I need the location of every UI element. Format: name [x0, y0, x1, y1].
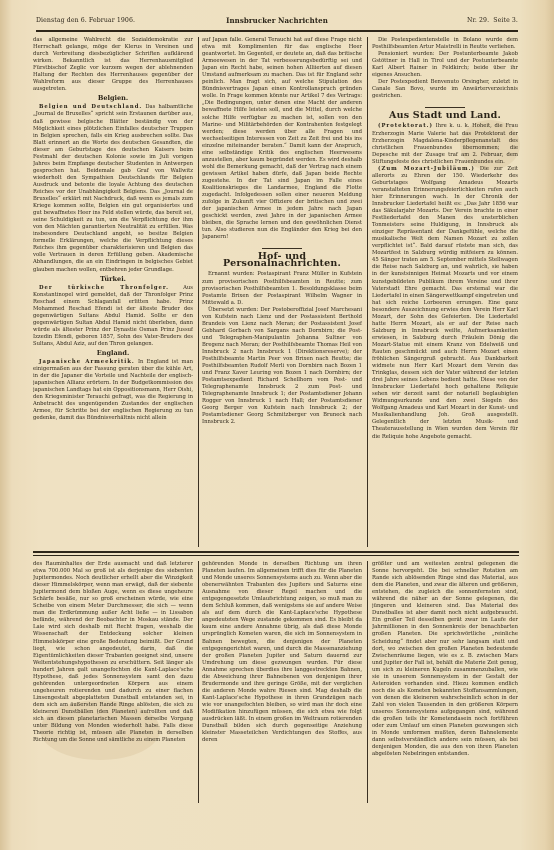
feuilleton-rule — [33, 555, 519, 556]
section-heading-stadt: Aus Stadt und Land. — [372, 112, 518, 119]
article-lead: Der türkische Thronfolger. — [39, 285, 169, 291]
column-2: auf Japan falle. General Terauchi hat au… — [202, 37, 362, 547]
article-mozart: (Zum Mozart-Jubiläum.) Die zur Zeit alle… — [372, 166, 518, 441]
column-divider — [198, 561, 199, 803]
article-tuerkei: Der türkische Thronfolger. Aus Konstanti… — [33, 285, 193, 348]
masthead-rule — [36, 30, 518, 32]
separator-rule — [425, 107, 465, 108]
feuilleton-column-3: größter und am weitesten zentral gelegen… — [372, 561, 518, 803]
article-belgien: Belgien und Deutschland. Das halbamtlich… — [33, 104, 193, 273]
feuilleton-column-2: gehörenden Monde in derselben Richtung u… — [202, 561, 362, 803]
page-number: Seite 3. — [493, 17, 518, 24]
issue-number: Nr. 29. — [467, 17, 489, 24]
notice-orsingher: Der Postexpedient Benvenuto Orsingher, z… — [372, 79, 518, 100]
feuilleton-rule — [33, 551, 519, 553]
personnel-transfers: Übersetzt wurden: Der Postoberoffizial J… — [202, 307, 362, 427]
column-divider — [367, 37, 368, 547]
section-heading-tuerkei: Türkei. — [33, 276, 193, 283]
article-text: Aus Konstantinopel wird gemeldet, daß de… — [33, 285, 193, 347]
article-text: In England ist man einigermaßen aus der … — [33, 359, 193, 421]
section-heading-hof: Hof- und Personalnachrichten. — [202, 253, 362, 267]
newspaper-title: Innsbrucker Nachrichten — [36, 16, 518, 25]
article-lead: Japanische Armeekritik. — [39, 359, 135, 365]
article-lead: (Zum Mozart-Jubiläum.) — [378, 166, 475, 172]
feuilleton-text: gehörenden Monde in derselben Richtung u… — [202, 561, 362, 744]
section-heading-england: England. — [33, 350, 193, 357]
column-3: Die Postexpedientenstelle in Bolano wurd… — [372, 37, 518, 547]
article-protektorat: (Protektorat.) Ihre k. u. k. Hoheit, die… — [372, 123, 518, 165]
column-divider — [198, 37, 199, 547]
section-heading-belgien: Belgien. — [33, 95, 193, 102]
notice-pensioned: Pensioniert wurden: Der Postunterbeamte … — [372, 51, 518, 79]
article-intro: das allgemeine Wahlrecht die Sozialdemok… — [33, 37, 193, 93]
article-england: Japanische Armeekritik. In England ist m… — [33, 359, 193, 422]
masthead: Dienstag den 6. Februar 1906. Innsbrucke… — [36, 16, 518, 28]
feuilleton-column-1: des Rauminhaltes der Erde ausmacht und d… — [33, 561, 193, 803]
separator-rule — [262, 248, 302, 249]
article-lead: (Protektorat.) — [378, 123, 433, 129]
newspaper-page: Dienstag den 6. Februar 1906. Innsbrucke… — [0, 0, 554, 850]
article-text: Das halbamtliche „Journal de Bruxelles“ … — [33, 104, 193, 272]
column-divider — [367, 561, 368, 803]
article-lead: Belgien und Deutschland. — [39, 104, 142, 110]
notice-bolano: Die Postexpedientenstelle in Bolano wurd… — [372, 37, 518, 51]
column-1: das allgemeine Wahlrecht die Sozialdemok… — [33, 37, 193, 547]
feuilleton-text: größter und am weitesten zentral gelegen… — [372, 561, 518, 758]
article-text: Ihre k. u. k. Hoheit, die Frau Erzherzog… — [372, 123, 518, 164]
article-japan: auf Japan falle. General Terauchi hat au… — [202, 37, 362, 241]
issue-page: Nr. 29. Seite 3. — [467, 17, 518, 24]
article-text: Die zur Zeit allerorts zu Ehren der 150.… — [372, 166, 518, 440]
feuilleton-text: des Rauminhaltes der Erde ausmacht und d… — [33, 561, 193, 744]
personnel-appointments: Ernannt wurden: Postaspirant Franz Mülle… — [202, 271, 362, 306]
